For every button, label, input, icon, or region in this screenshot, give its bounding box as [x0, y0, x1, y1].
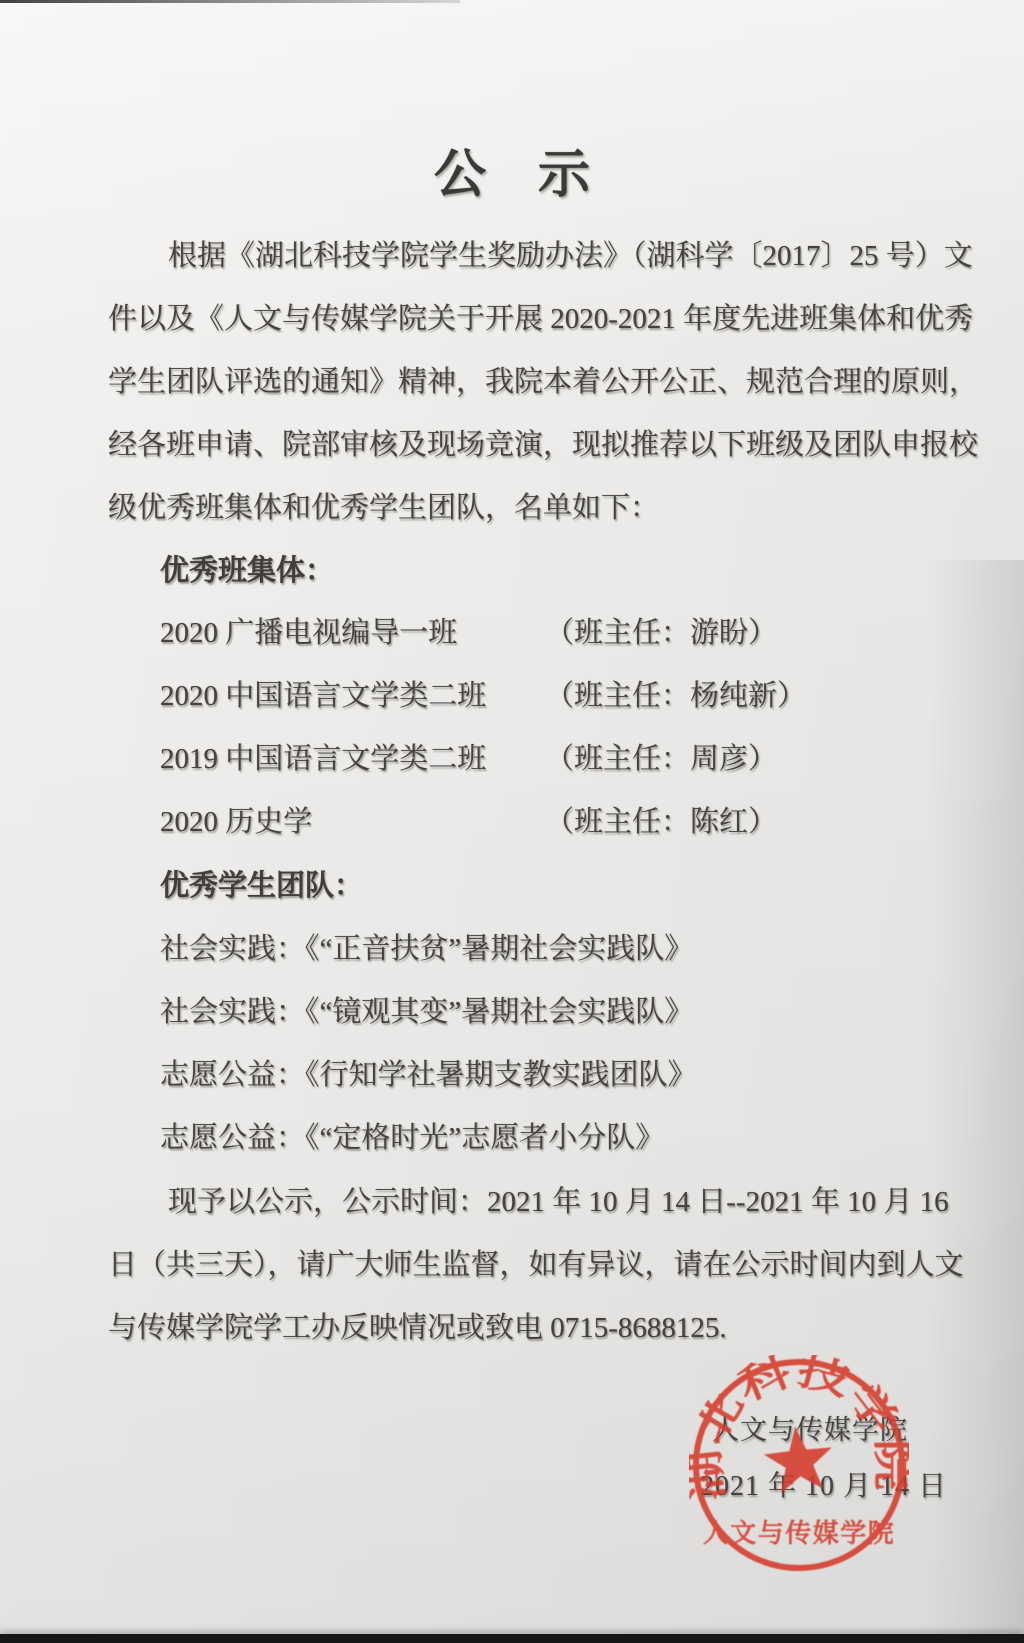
team-line: 社会实践：《“正音扶贫”暑期社会实践队》 [160, 933, 693, 965]
class-name: 2019 中国语言文学类二班 [160, 743, 486, 775]
intro-line: 经各班申请、院部审核及现场竞演，现拟推荐以下班级及团队申报校 [108, 429, 978, 461]
official-seal: 湖北科技学院 人文与传媒学院 [689, 1355, 909, 1575]
class-row: 2020 历史学 （班主任：陈红） [0, 806, 1024, 840]
class-name: 2020 中国语言文学类二班 [160, 680, 486, 712]
seal-star-icon [761, 1423, 836, 1495]
closing-line: 日（共三天），请广大师生监督，如有异议，请在公示时间内到人文 [108, 1249, 964, 1281]
section-heading-teams: 优秀学生团队： [160, 870, 363, 902]
paper-right-shadow [928, 560, 1024, 1634]
class-name: 2020 广播电视编导一班 [160, 617, 457, 649]
class-advisor: （班主任：杨纯新） [545, 680, 806, 712]
photo-top-edge [0, 0, 460, 3]
class-name: 2020 历史学 [160, 806, 312, 838]
intro-line: 级优秀班集体和优秀学生团队，名单如下： [108, 492, 659, 524]
class-row: 2019 中国语言文学类二班 （班主任：周彦） [0, 743, 1024, 777]
class-row: 2020 中国语言文学类二班 （班主任：杨纯新） [0, 680, 1024, 714]
photographed-notice: 公 示 根据《湖北科技学院学生奖励办法》（湖科学〔2017〕25 号）文 件以及… [0, 0, 1024, 1643]
svg-text:湖北科技学院: 湖北科技学院 [689, 1355, 909, 1503]
seal-arc-text: 湖北科技学院 [689, 1355, 909, 1503]
class-advisor: （班主任：游盼） [545, 617, 777, 649]
intro-line: 根据《湖北科技学院学生奖励办法》（湖科学〔2017〕25 号）文 [168, 240, 973, 272]
seal-bottom-text: 人文与传媒学院 [703, 1518, 896, 1548]
closing-line: 现予以公示，公示时间：2021 年 10 月 14 日--2021 年 10 月… [168, 1186, 949, 1218]
intro-line: 学生团队评选的通知》精神，我院本着公开公正、规范合理的原则， [108, 366, 978, 398]
closing-line: 与传媒学院学工办反映情况或致电 0715-8688125. [108, 1312, 727, 1344]
photo-bottom-edge [0, 1634, 1024, 1643]
intro-line: 件以及《人文与传媒学院关于开展 2020-2021 年度先进班集体和优秀 [108, 303, 973, 335]
class-advisor: （班主任：周彦） [545, 743, 777, 775]
class-advisor: （班主任：陈红） [545, 806, 777, 838]
team-line: 志愿公益：《行知学社暑期支教实践团队》 [160, 1059, 697, 1091]
team-line: 社会实践：《“镜观其变”暑期社会实践队》 [160, 996, 693, 1028]
team-line: 志愿公益：《“定格时光”志愿者小分队》 [160, 1122, 664, 1154]
section-heading-classes: 优秀班集体： [160, 555, 334, 587]
class-row: 2020 广播电视编导一班 （班主任：游盼） [0, 617, 1024, 651]
page-title: 公 示 [0, 148, 1024, 204]
